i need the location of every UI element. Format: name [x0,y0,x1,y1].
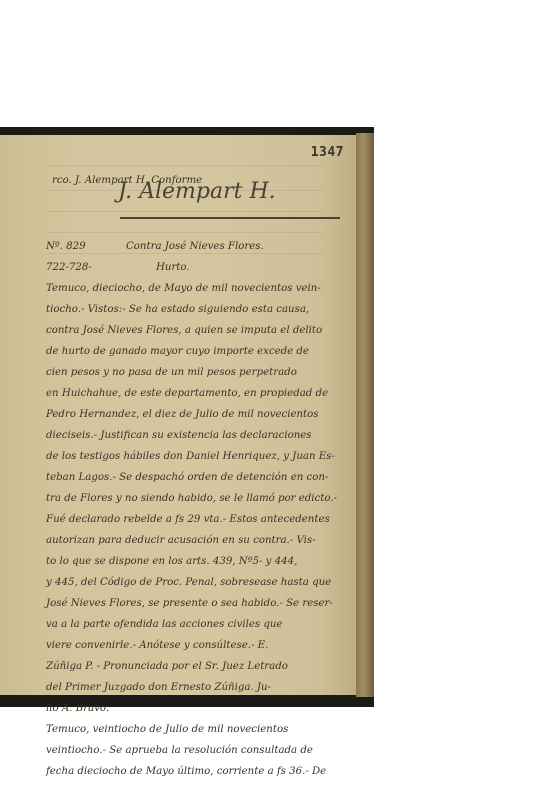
crime-type: Hurto. [126,257,190,278]
ruling-text: Temuco, dieciocho, de Mayo de mil noveci… [46,278,346,782]
text-line: dieciseis.- Justifican su existencia las… [46,425,346,446]
text-line: en Huichahue, de este departamento, en p… [46,383,346,404]
text-line: veintiocho.- Se aprueba la resolución co… [46,740,346,761]
text-line: del Primer Juzgado don Ernesto Zúñiga. J… [46,677,346,698]
text-line: viere convenirle.- Anótese y consúltese.… [46,635,346,656]
text-line: lio A. Bravo. [46,698,346,719]
text-line: tiocho.- Vistos:- Se ha estado siguiendo… [46,299,346,320]
folio-range: 722-728- [46,257,126,278]
text-line: Fué declarado rebelde a fs 29 vta.- Esto… [46,509,346,530]
text-line: autorizan para deducir acusación en su c… [46,530,346,551]
text-line: tra de Flores y no siendo habido, se le … [46,488,346,509]
text-line: fecha dieciocho de Mayo último, corrient… [46,761,346,782]
signature: J. Alempart H. [118,179,276,204]
scanned-ledger: 1347 rco. J. Alempart H. Conforme J. Ale… [0,127,374,707]
text-line: Temuco, dieciocho, de Mayo de mil noveci… [46,278,346,299]
text-line: to lo que se dispone en los arts. 439, N… [46,551,346,572]
case-number: Nº. 829 [46,236,126,257]
text-line: de los testigos hábiles don Daniel Henri… [46,446,346,467]
text-line: José Nieves Flores, se presente o sea ha… [46,593,346,614]
text-line: va a la parte ofendida las acciones civi… [46,614,346,635]
signature-underline [120,217,340,219]
text-line: cien pesos y no pasa de un mil pesos per… [46,362,346,383]
text-line: Pedro Hernandez, el diez de Julio de mil… [46,404,346,425]
text-line: contra José Nieves Flores, a quien se im… [46,320,346,341]
text-line: de hurto de ganado mayor cuyo importe ex… [46,341,346,362]
text-line: y 445, del Código de Proc. Penal, sobres… [46,572,346,593]
page-number: 1347 [311,145,344,160]
text-line: teban Lagos.- Se despachó orden de deten… [46,467,346,488]
text-line: Zúñiga P. - Pronunciada por el Sr. Juez … [46,656,346,677]
ledger-page: 1347 rco. J. Alempart H. Conforme J. Ale… [0,135,356,695]
book-page-edge [356,133,374,697]
case-header: Nº. 829 Contra José Nieves Flores. 722-7… [46,236,264,278]
text-line: Temuco, veintiocho de Julio de mil novec… [46,719,346,740]
case-subject: Contra José Nieves Flores. [126,236,264,257]
